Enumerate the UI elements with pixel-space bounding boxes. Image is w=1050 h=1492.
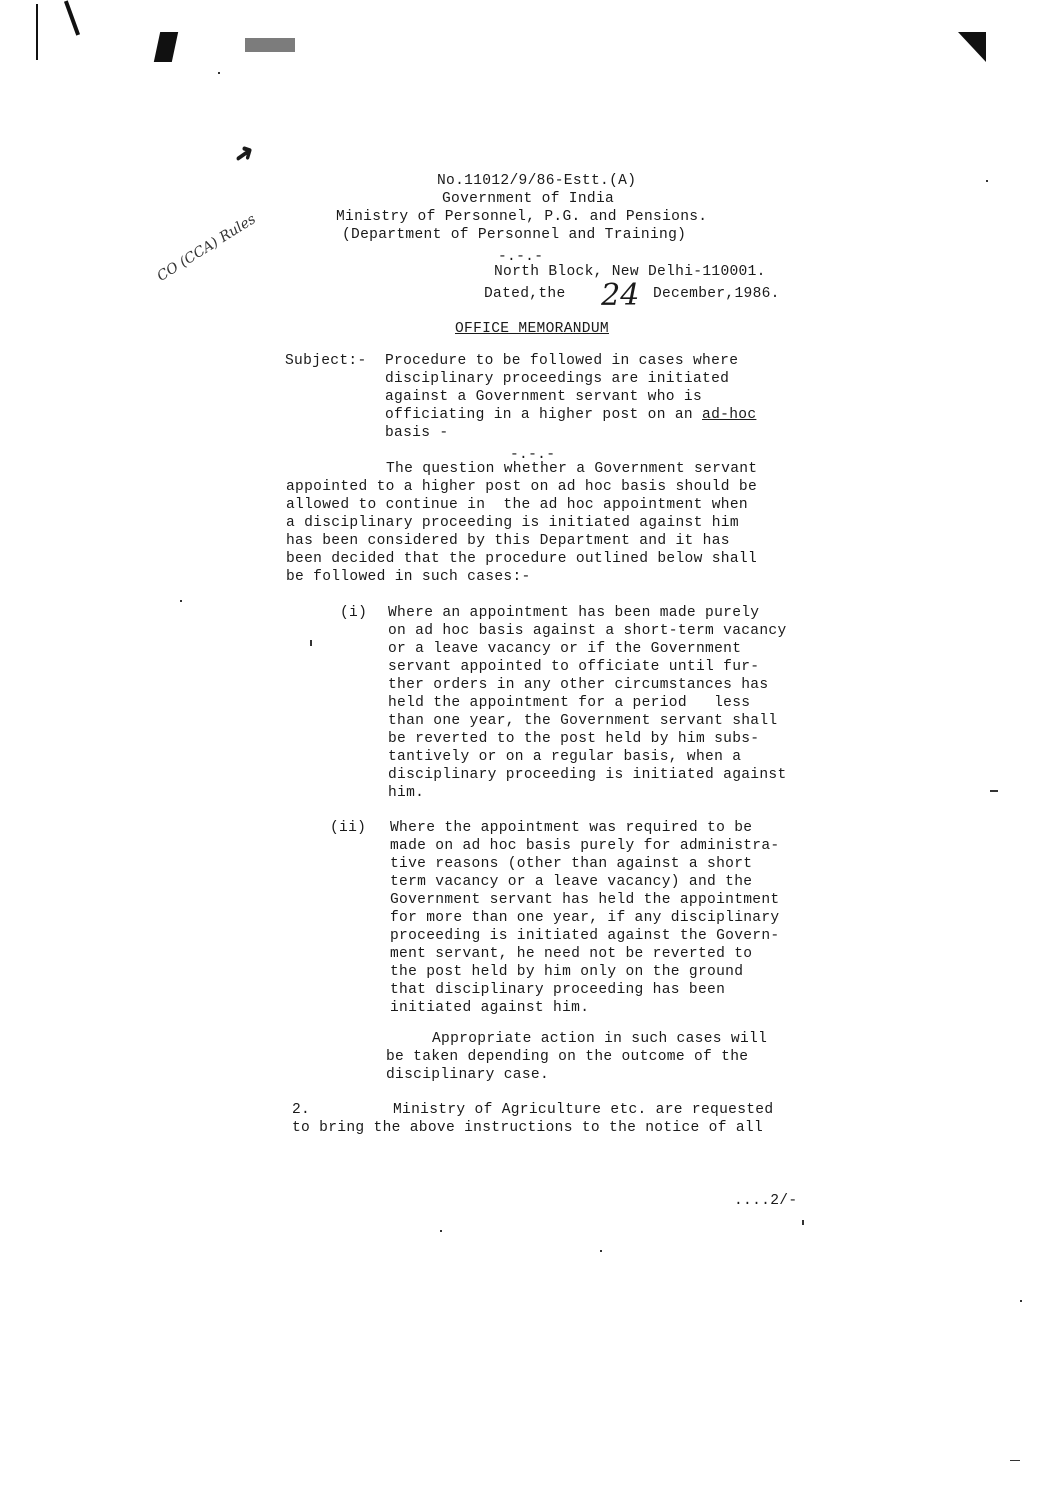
paragraph-line: Appropriate action in such cases will — [386, 1030, 767, 1048]
clause-i-label: (i) — [340, 604, 367, 622]
scan-artifact-top-smudge — [245, 38, 295, 52]
intro-paragraph: The question whether a Government servan… — [286, 460, 757, 586]
paragraph-line: a disciplinary proceeding is initiated a… — [286, 514, 757, 532]
date-prefix: Dated,the — [484, 286, 566, 302]
clause-i-text: Where an appointment has been made purel… — [388, 604, 787, 802]
scan-speck — [218, 72, 220, 74]
scan-speck — [440, 1230, 442, 1232]
clause-line: than one year, the Government servant sh… — [388, 712, 787, 730]
paragraph-2-number: 2. — [292, 1101, 310, 1119]
clause-line: made on ad hoc basis purely for administ… — [390, 837, 779, 855]
clause-line: tantively or on a regular basis, when a — [388, 748, 787, 766]
paragraph-line: be followed in such cases:- — [286, 568, 757, 586]
department-name: (Department of Personnel and Training) — [342, 226, 686, 244]
scan-speck — [1020, 1300, 1022, 1302]
paragraph-2-line: to bring the above instructions to the n… — [292, 1119, 763, 1137]
paragraph-line: allowed to continue in the ad hoc appoin… — [286, 496, 757, 514]
scanned-memorandum-page: ➜ CO (CCA) Rules No.11012/9/86-Estt.(A) … — [0, 0, 1050, 1492]
clause-line: that disciplinary proceeding has been — [390, 981, 779, 999]
paragraph-line: The question whether a Government servan… — [286, 460, 757, 478]
clause-line: ther orders in any other circumstances h… — [388, 676, 787, 694]
clause-line: the post held by him only on the ground — [390, 963, 779, 981]
subject-line: against a Government servant who is — [385, 388, 756, 406]
paragraph-line: be taken depending on the outcome of the — [386, 1048, 767, 1066]
clause-line: disciplinary proceeding is initiated aga… — [388, 766, 787, 784]
clause-ii-text: Where the appointment was required to be… — [390, 819, 779, 1017]
paragraph-line: been decided that the procedure outlined… — [286, 550, 757, 568]
subject-label: Subject:- — [285, 352, 367, 370]
arrow-icon: ➜ — [226, 137, 259, 172]
clause-line: tive reasons (other than against a short — [390, 855, 779, 873]
date-suffix: December,1986. — [653, 286, 780, 302]
clause-line: held the appointment for a period less — [388, 694, 787, 712]
date-line: Dated,the 24 December,1986. — [484, 278, 780, 313]
paragraph-line: appointed to a higher post on ad hoc bas… — [286, 478, 757, 496]
ministry-name: Ministry of Personnel, P.G. and Pensions… — [336, 208, 707, 226]
paragraph-line: disciplinary case. — [386, 1066, 767, 1084]
clause-line: be reverted to the post held by him subs… — [388, 730, 787, 748]
subject-line: Procedure to be followed in cases where — [385, 352, 756, 370]
continuation-marker: ....2/- — [734, 1192, 797, 1210]
subject-line: officiating in a higher post on an ad-ho… — [385, 406, 756, 424]
clause-line: proceeding is initiated against the Gove… — [390, 927, 779, 945]
scan-artifact-left-edge — [36, 4, 38, 60]
clause-line: ment servant, he need not be reverted to — [390, 945, 779, 963]
clause-line: initiated against him. — [390, 999, 779, 1017]
clause-line: or a leave vacancy or if the Government — [388, 640, 787, 658]
scan-speck — [986, 180, 988, 182]
clause-line: on ad hoc basis against a short-term vac… — [388, 622, 787, 640]
paragraph-line: has been considered by this Department a… — [286, 532, 757, 550]
closing-clause-paragraph: Appropriate action in such cases will be… — [386, 1030, 767, 1084]
clause-ii-label: (ii) — [330, 819, 366, 837]
subject-line: disciplinary proceedings are initiated — [385, 370, 756, 388]
scan-artifact-top-left-blot — [154, 32, 178, 62]
clause-line: Government servant has held the appointm… — [390, 891, 779, 909]
ad-hoc-term: ad-hoc — [702, 407, 756, 423]
margin-annotation: CO (CCA) Rules — [154, 211, 258, 284]
subject-line: basis - — [385, 424, 756, 442]
scan-speck — [1010, 1460, 1020, 1461]
clause-line: Where an appointment has been made purel… — [388, 604, 787, 622]
subject-text: Procedure to be followed in cases where … — [385, 352, 756, 442]
paragraph-2-line: Ministry of Agriculture etc. are request… — [393, 1101, 773, 1119]
clause-line: for more than one year, if any disciplin… — [390, 909, 779, 927]
government-name: Government of India — [442, 190, 614, 208]
scan-speck — [180, 600, 182, 602]
date-day-handwritten: 24 — [601, 278, 639, 313]
clause-line: servant appointed to officiate until fur… — [388, 658, 787, 676]
reference-number: No.11012/9/86-Estt.(A) — [437, 172, 636, 190]
scan-artifact-left-stroke — [64, 0, 80, 35]
memorandum-title: OFFICE MEMORANDUM — [455, 320, 609, 338]
clause-line: him. — [388, 784, 787, 802]
scan-speck — [310, 640, 312, 646]
scan-speck — [600, 1250, 602, 1252]
clause-line: term vacancy or a leave vacancy) and the — [390, 873, 779, 891]
scan-artifact-top-right-corner — [958, 32, 986, 62]
clause-line: Where the appointment was required to be — [390, 819, 779, 837]
scan-speck — [802, 1220, 804, 1225]
scan-speck — [990, 790, 998, 792]
